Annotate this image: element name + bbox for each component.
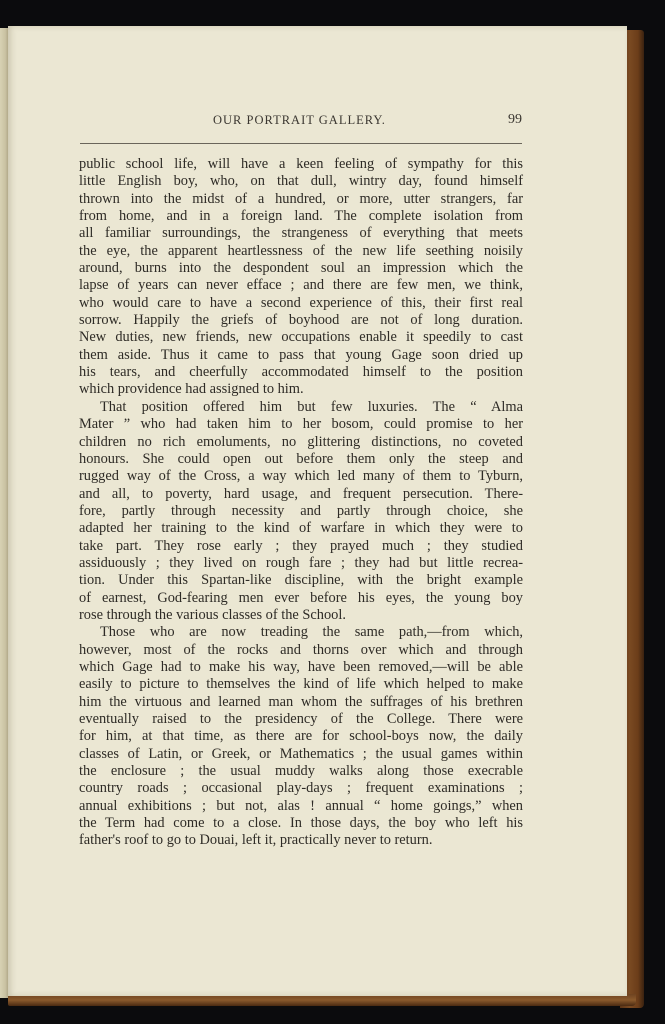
text-line: which Gage had to make his way, have bee… [79, 659, 523, 676]
text-line: thrown into the midst of a hundred, or m… [79, 191, 523, 208]
text-line: around, burns into the despondent soul a… [79, 260, 523, 277]
paragraph: Those who are now treading the same path… [79, 624, 523, 849]
running-head: OUR PORTRAIT GALLERY. 99 [70, 113, 522, 131]
text-line: country roads ; occasional play-days ; f… [79, 780, 523, 797]
text-line: easily to picture to themselves the kind… [79, 676, 523, 693]
text-line: the Term had come to a close. In those d… [79, 815, 523, 832]
text-line: lapse of years can never efface ; and th… [79, 277, 523, 294]
text-line: who would care to have a second experien… [79, 295, 523, 312]
text-line: annual exhibitions ; but not, alas ! ann… [79, 798, 523, 815]
text-line: which providence had assigned to him. [79, 381, 523, 398]
text-line: New duties, new friends, new occupations… [79, 329, 523, 346]
text-line: for him, at that time, as there are for … [79, 728, 523, 745]
text-line: tion. Under this Spartan-like discipline… [79, 572, 523, 589]
text-line: public school life, will have a keen fee… [79, 156, 523, 173]
text-line: honours. She could open out before them … [79, 451, 523, 468]
text-line: adapted her training to the kind of warf… [79, 520, 523, 537]
text-line: fore, partly through necessity and partl… [79, 503, 523, 520]
text-line: his tears, and cheerfully accommodated h… [79, 364, 523, 381]
text-line: eventually raised to the presidency of t… [79, 711, 523, 728]
paragraph: public school life, will have a keen fee… [79, 156, 523, 399]
text-line: however, most of the rocks and thorns ov… [79, 642, 523, 659]
text-line: children no rich emoluments, no glitteri… [79, 434, 523, 451]
text-line: rose through the various classes of the … [79, 607, 523, 624]
text-line: take part. They rose early ; they prayed… [79, 538, 523, 555]
header-rule [80, 143, 522, 144]
text-line: all familiar surroundings, the strangene… [79, 225, 523, 242]
text-line: assiduously ; they lived on rough fare ;… [79, 555, 523, 572]
text-line: the eye, the apparent heartlessness of t… [79, 243, 523, 260]
text-line: of earnest, God-fearing men ever before … [79, 590, 523, 607]
text-line: That position offered him but few luxuri… [79, 399, 523, 416]
text-line: little English boy, who, on that dull, w… [79, 173, 523, 190]
text-line: classes of Latin, or Greek, or Mathemati… [79, 746, 523, 763]
text-line: sorrow. Happily the griefs of boyhood ar… [79, 312, 523, 329]
running-title: OUR PORTRAIT GALLERY. [213, 113, 386, 128]
text-line: and all, to poverty, hard usage, and fre… [79, 486, 523, 503]
body-text: public school life, will have a keen fee… [79, 156, 523, 850]
text-line: them aside. Thus it came to pass that yo… [79, 347, 523, 364]
text-line: rugged way of the Cross, a way which led… [79, 468, 523, 485]
paragraph: That position offered him but few luxuri… [79, 399, 523, 624]
text-line: Mater ” who had taken him to her bosom, … [79, 416, 523, 433]
text-line: from home, and in a foreign land. The co… [79, 208, 523, 225]
page-number: 99 [508, 112, 522, 128]
text-line: Those who are now treading the same path… [79, 624, 523, 641]
text-line: father's roof to go to Douai, left it, p… [79, 832, 523, 849]
text-line: him the virtuous and learned man whom th… [79, 694, 523, 711]
text-line: the enclosure ; the usual muddy walks al… [79, 763, 523, 780]
